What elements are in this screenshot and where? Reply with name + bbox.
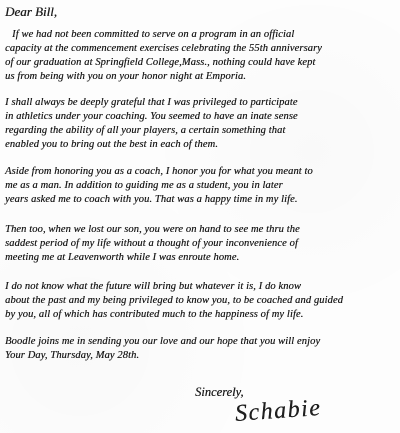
letter-line: If we had not been committed to serve on… [5,28,397,42]
letter-line: by you, all of which has contributed muc… [5,308,397,322]
paragraph: If we had not been committed to serve on… [5,28,397,84]
paragraph: Boodle joins me in sending you our love … [5,335,397,363]
letter-line: us from being with you on your honor nig… [5,70,397,84]
paragraph: Aside from honoring you as a coach, I ho… [5,165,397,207]
letter-line: saddest period of my life without a thou… [5,237,397,251]
paragraph: I shall always be deeply grateful that I… [5,96,397,152]
letter-line: enabled you to bring out the best in eac… [5,138,397,152]
letter-line: years asked me to coach with you. That w… [5,193,397,207]
paragraph: Then too, when we lost our son, you were… [5,223,397,265]
letter-line: Then too, when we lost our son, you were… [5,223,397,237]
letter-line: meeting me at Leavenworth while I was en… [5,251,397,265]
letter-line: in athletics under your coaching. You se… [5,110,397,124]
letter-line: about the past and my being privileged t… [5,294,397,308]
letter-line: regarding the ability of all your player… [5,124,397,138]
letter-line: capacity at the commencement exercises c… [5,42,397,56]
letter-line: Boodle joins me in sending you our love … [5,335,397,349]
paragraph: I do not know what the future will bring… [5,280,397,322]
letter-line: me as a man. In addition to guiding me a… [5,179,397,193]
letter-line: I shall always be deeply grateful that I… [5,96,397,110]
letter-line: Aside from honoring you as a coach, I ho… [5,165,397,179]
letter-line: I do not know what the future will bring… [5,280,397,294]
letter-page: Dear Bill, If we had not been committed … [0,0,400,433]
salutation: Dear Bill, [5,5,397,19]
letter-line: Your Day, Thursday, May 28th. [5,349,397,363]
letter-line: of our graduation at Springfield College… [5,56,397,70]
